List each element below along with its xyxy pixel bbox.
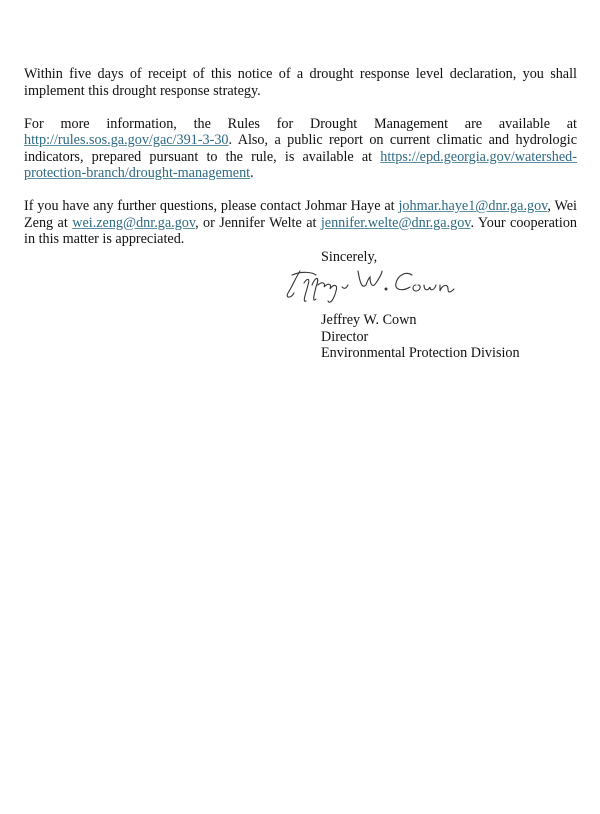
text: , or Jennifer Welte at [195,215,321,231]
paragraph-contacts: If you have any further questions, pleas… [24,198,577,248]
signature-image [282,263,462,307]
signer-division: Environmental Protection Division [321,345,520,362]
paragraph-more-info: For more information, the Rules for Drou… [24,116,577,182]
paragraph-implementation: Within five days of receipt of this noti… [24,66,577,99]
email-link-wei-zeng[interactable]: wei.zeng@dnr.ga.gov [72,215,195,231]
text: . [250,165,254,181]
signer-title: Director [321,329,520,346]
text: For more information, the Rules for Drou… [24,116,577,132]
letter-body: Within five days of receipt of this noti… [24,66,577,264]
rules-link[interactable]: http://rules.sos.ga.gov/gac/391-3-30 [24,132,229,148]
text: If you have any further questions, pleas… [24,198,398,214]
signer-name: Jeffrey W. Cown [321,312,520,329]
email-link-johmar-haye[interactable]: johmar.haye1@dnr.ga.gov [398,198,547,214]
signature-block: Jeffrey W. Cown Director Environmental P… [321,312,520,362]
email-link-jennifer-welte[interactable]: jennifer.welte@dnr.ga.gov [321,215,471,231]
